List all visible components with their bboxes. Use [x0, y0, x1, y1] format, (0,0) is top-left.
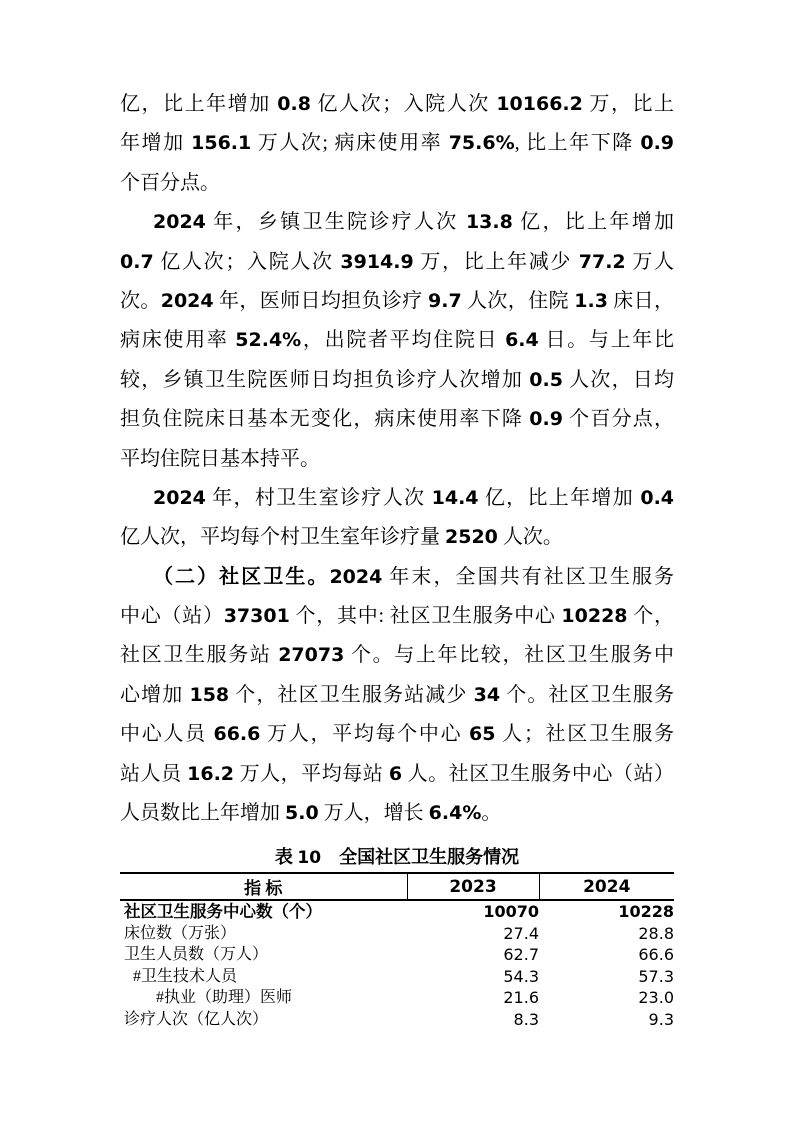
text-line: 个百分点。 — [120, 164, 674, 203]
row-label: #执业（助理）医师 — [120, 987, 407, 1009]
number-run: 6.4 — [505, 329, 539, 351]
number-run: 2024 — [153, 487, 206, 509]
header-cell-indicator: 指 标 — [120, 873, 407, 900]
row-value-2024: 28.8 — [539, 923, 674, 945]
header-cell-2024: 2024 — [539, 873, 674, 900]
number-run: 34 — [474, 684, 500, 706]
number-run: 6.4% — [429, 802, 482, 824]
number-run: 2024 — [161, 290, 214, 312]
number-run: 52.4% — [235, 329, 301, 351]
number-run: 0.8 — [277, 93, 311, 115]
stats-table: 指 标 2023 2024 社区卫生服务中心数（个）1007010228床位数（… — [120, 872, 674, 1031]
number-run: 10 — [297, 848, 321, 868]
number-run: 9.7 — [428, 290, 462, 312]
text-line: 担负住院床日基本无变化，病床使用率下降 0.9 个百分点， — [120, 400, 674, 439]
number-run: 10166.2 — [496, 93, 583, 115]
number-run: 75.6% — [449, 132, 515, 154]
number-run: 158 — [189, 684, 229, 706]
number-run: 0.9 — [640, 132, 674, 154]
number-run: 77.2 — [579, 251, 626, 273]
row-value-2023: 62.7 — [407, 944, 539, 966]
text-line: 中心（站）37301 个，其中: 社区卫生服务中心 10228 个， — [120, 597, 674, 636]
text-line: 亿人次，平均每个村卫生室年诊疗量 2520 人次。 — [120, 518, 674, 557]
number-run: 14.4 — [432, 487, 479, 509]
text-line: 次。2024 年，医师日均担负诊疗 9.7 人次，住院 1.3 床日， — [120, 282, 674, 321]
text-line: 心增加 158 个，社区卫生服务站减少 34 个。社区卫生服务 — [120, 676, 674, 715]
row-value-2023: 27.4 — [407, 923, 539, 945]
number-run: 10228 — [561, 605, 627, 627]
table-row: #卫生技术人员54.357.3 — [120, 966, 674, 988]
number-run: 13.8 — [466, 211, 513, 233]
table-body: 社区卫生服务中心数（个）1007010228床位数（万张）27.428.8卫生人… — [120, 900, 674, 1031]
text-line: 中心人员 66.6 万人，平均每个中心 65 人；社区卫生服务 — [120, 715, 674, 754]
table-row: 社区卫生服务中心数（个）1007010228 — [120, 900, 674, 923]
row-label: #卫生技术人员 — [120, 966, 407, 988]
number-run: 66.6 — [213, 723, 260, 745]
number-run: 5.0 — [285, 802, 319, 824]
row-label: 床位数（万张） — [120, 923, 407, 945]
table-row: 诊疗人次（亿人次）8.39.3 — [120, 1009, 674, 1031]
body-text: 亿，比上年增加 0.8 亿人次；入院人次 10166.2 万，比上年增加 156… — [120, 85, 674, 833]
text-line: 2024 年，乡镇卫生院诊疗人次 13.8 亿，比上年增加 — [120, 203, 674, 242]
table-row: #执业（助理）医师21.623.0 — [120, 987, 674, 1009]
row-value-2024: 57.3 — [539, 966, 674, 988]
table-row: 床位数（万张）27.428.8 — [120, 923, 674, 945]
number-run: 65 — [469, 723, 495, 745]
text-line: 0.7 亿人次；入院人次 3914.9 万，比上年减少 77.2 万人 — [120, 243, 674, 282]
section-heading: （二）社区卫生。 — [153, 566, 329, 588]
number-run: 16.2 — [187, 763, 234, 785]
table-title: 表 10 全国社区卫生服务情况 — [120, 845, 674, 869]
number-run: 0.7 — [120, 251, 154, 273]
header-cell-2023: 2023 — [407, 873, 539, 900]
document-page: 亿，比上年增加 0.8 亿人次；入院人次 10166.2 万，比上年增加 156… — [0, 0, 794, 1123]
number-run: 2024 — [153, 211, 206, 233]
text-line: 站人员 16.2 万人，平均每站 6 人。社区卫生服务中心（站） — [120, 755, 674, 794]
row-value-2024: 9.3 — [539, 1009, 674, 1031]
number-run: 2520 — [445, 526, 498, 548]
row-value-2023: 54.3 — [407, 966, 539, 988]
number-run: 156.1 — [191, 132, 251, 154]
text-line: 病床使用率 52.4%，出院者平均住院日 6.4 日。与上年比 — [120, 321, 674, 360]
row-value-2023: 10070 — [407, 900, 539, 923]
table-row: 卫生人员数（万人）62.766.6 — [120, 944, 674, 966]
row-label: 卫生人员数（万人） — [120, 944, 407, 966]
number-run: 37301 — [224, 605, 290, 627]
row-label: 社区卫生服务中心数（个） — [120, 900, 407, 923]
text-line: 年增加 156.1 万人次; 病床使用率 75.6%, 比上年下降 0.9 — [120, 124, 674, 163]
text-line: 2024 年，村卫生室诊疗人次 14.4 亿，比上年增加 0.4 — [120, 479, 674, 518]
row-value-2023: 8.3 — [407, 1009, 539, 1031]
number-run: 6 — [389, 763, 402, 785]
row-value-2024: 23.0 — [539, 987, 674, 1009]
text-line: 较，乡镇卫生院医师日均担负诊疗人次增加 0.5 人次，日均 — [120, 361, 674, 400]
row-value-2023: 21.6 — [407, 987, 539, 1009]
number-run: 27073 — [278, 644, 344, 666]
row-value-2024: 66.6 — [539, 944, 674, 966]
table-header-row: 指 标 2023 2024 — [120, 873, 674, 900]
text-line: （二）社区卫生。2024 年末，全国共有社区卫生服务 — [120, 558, 674, 597]
number-run: 2024 — [329, 566, 382, 588]
text-line: 社区卫生服务站 27073 个。与上年比较，社区卫生服务中 — [120, 636, 674, 675]
row-value-2024: 10228 — [539, 900, 674, 923]
row-label: 诊疗人次（亿人次） — [120, 1009, 407, 1031]
number-run: 0.4 — [640, 487, 674, 509]
number-run: 0.5 — [529, 369, 563, 391]
text-line: 平均住院日基本持平。 — [120, 440, 674, 479]
table-section: 表 10 全国社区卫生服务情况 指 标 2023 2024 社区卫生服务中心数（… — [120, 845, 674, 1031]
number-run: 1.3 — [574, 290, 608, 312]
number-run: 3914.9 — [340, 251, 413, 273]
text-line: 人员数比上年增加 5.0 万人，增长 6.4%。 — [120, 794, 674, 833]
number-run: 0.9 — [529, 408, 563, 430]
text-line: 亿，比上年增加 0.8 亿人次；入院人次 10166.2 万，比上 — [120, 85, 674, 124]
